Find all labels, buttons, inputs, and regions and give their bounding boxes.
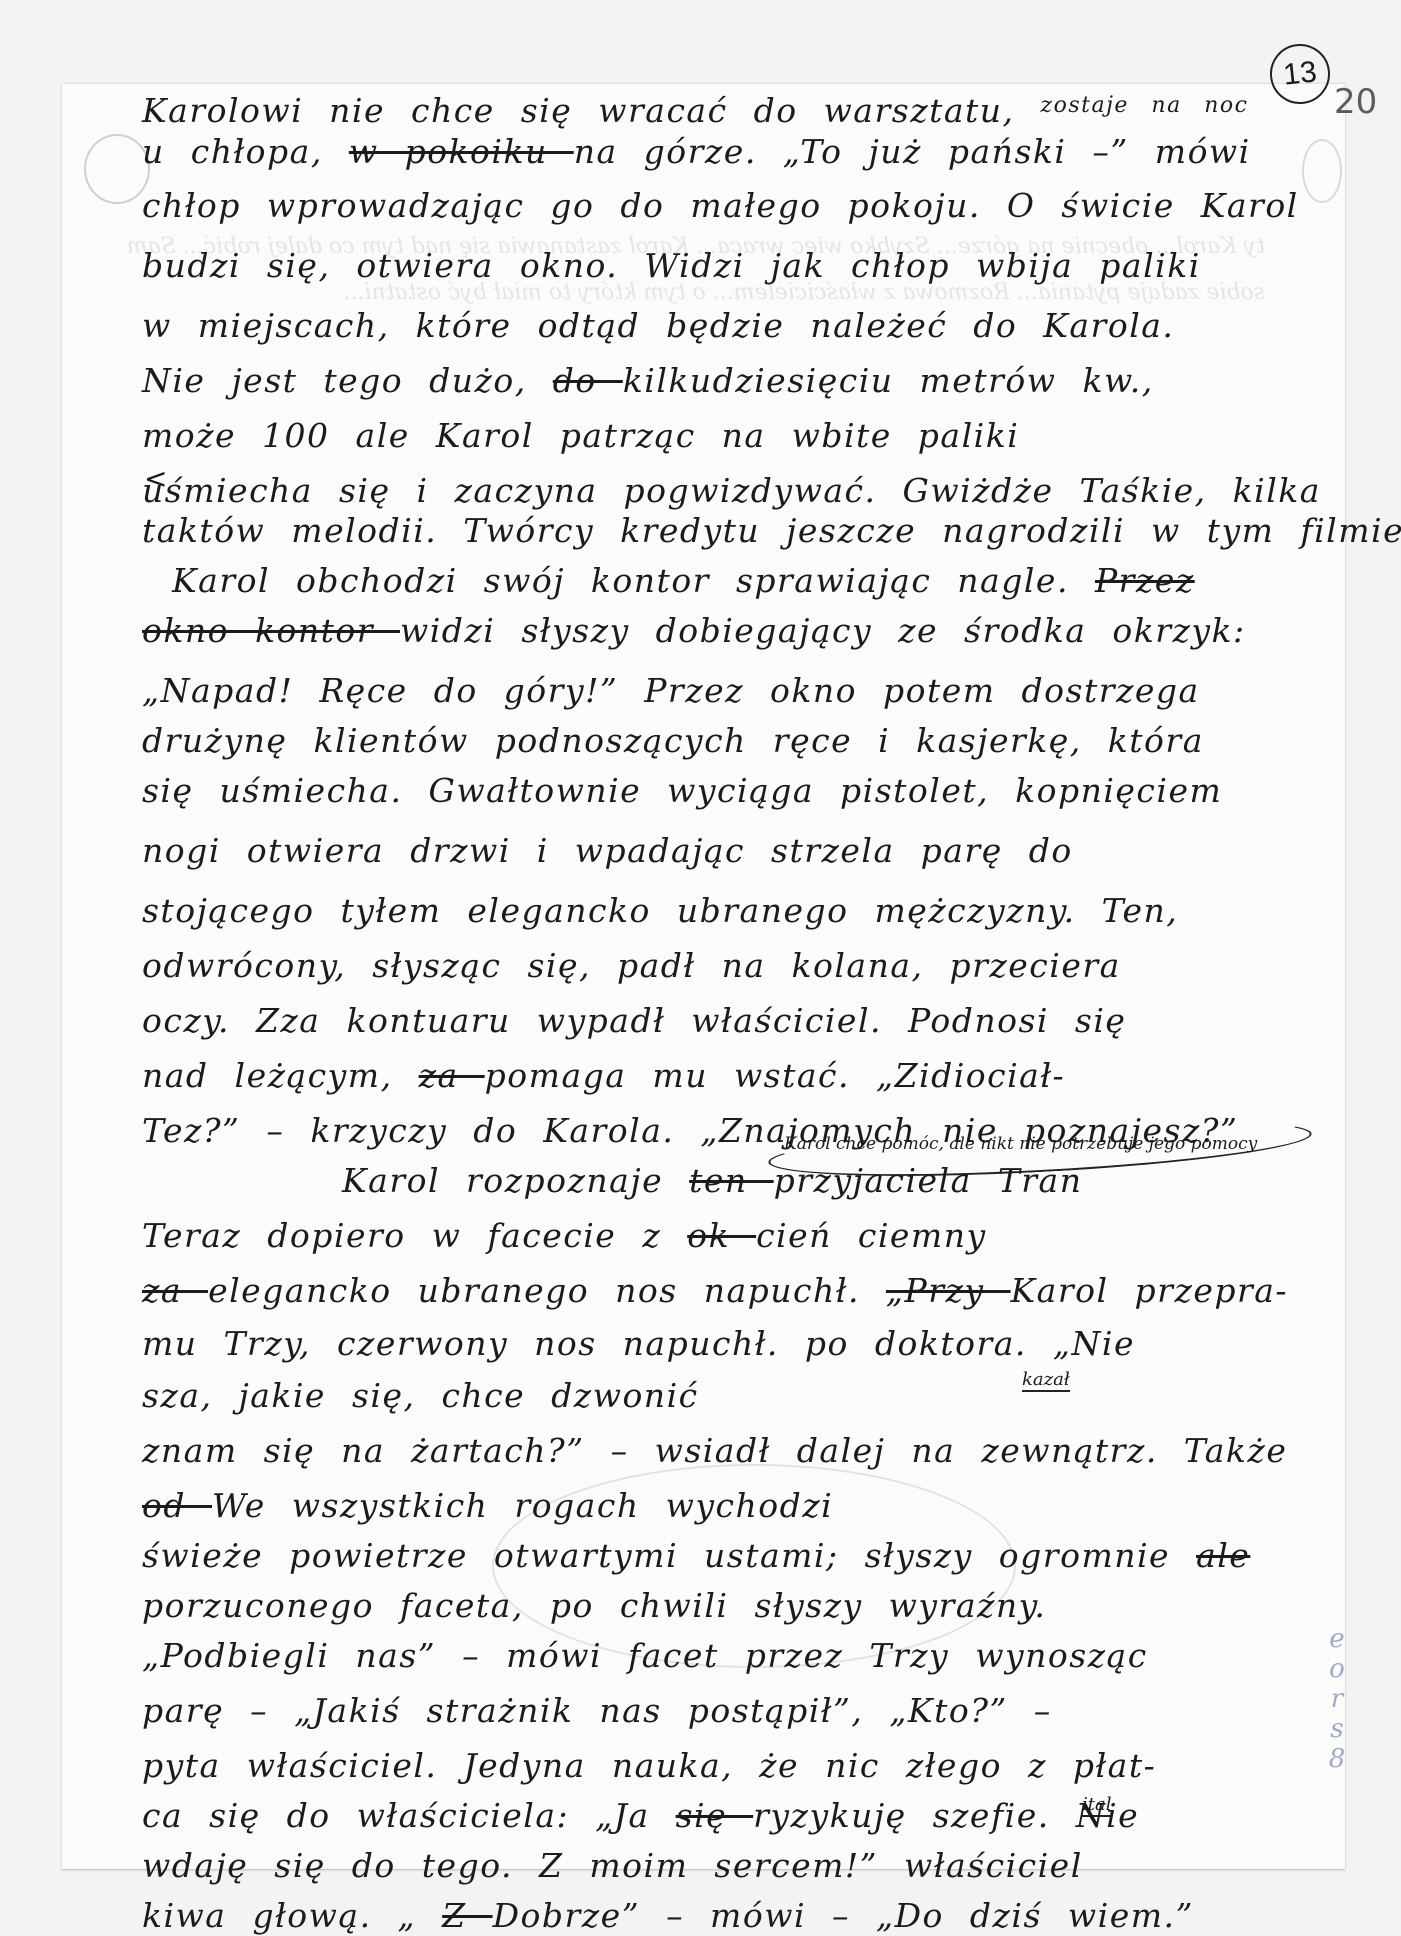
- manuscript-line: nad leżącym, za pomaga mu wstać. „Zidioc…: [142, 1056, 1065, 1096]
- manuscript-line: się uśmiecha. Gwałtownie wyciąga pistole…: [142, 771, 1222, 811]
- manuscript-line: u chłopa, w pokoiku na górze. „To już pa…: [142, 132, 1251, 172]
- struck-text: Z: [442, 1896, 492, 1920]
- handwritten-text: nad leżącym,: [142, 1056, 419, 1095]
- struck-text: się: [676, 1796, 754, 1835]
- struck-text: za: [419, 1056, 485, 1095]
- handwritten-text: przyjaciela Tran: [774, 1161, 1083, 1200]
- struck-text: za: [142, 1271, 208, 1310]
- struck-text: w pokoiku: [349, 132, 574, 171]
- ghost-circle-mark: [84, 134, 150, 204]
- handwritten-text: pomaga mu wstać. „Zidiociał-: [485, 1056, 1066, 1095]
- manuscript-line: oczy. Zza kontuaru wypadł właściciel. Po…: [142, 1001, 1126, 1041]
- manuscript-line: znam się na żartach?” – wsiadł dalej na …: [142, 1431, 1287, 1471]
- struck-text: ale: [1196, 1536, 1250, 1575]
- insert-above-line: kazał: [1022, 1369, 1070, 1392]
- handwritten-text: elegancko ubranego nos napuchł.: [208, 1271, 886, 1310]
- handwritten-text: mu Trzy, czerwony nos napuchł. po doktor…: [142, 1324, 1135, 1363]
- handwritten-text: uśmiecha się i zaczyna pogwizdywać. Gwiż…: [142, 471, 1321, 510]
- handwritten-text: w miejscach, które odtąd będzie należeć …: [142, 306, 1174, 345]
- manuscript-line: nogi otwiera drzwi i wpadając strzela pa…: [142, 831, 1073, 871]
- struck-text: ok: [687, 1216, 756, 1255]
- handwritten-text: oczy. Zza kontuaru wypadł właściciel. Po…: [142, 1001, 1126, 1040]
- handwritten-text: znam się na żartach?” – wsiadł dalej na …: [142, 1431, 1287, 1470]
- manuscript-line: porzuconego faceta, po chwili słyszy wyr…: [142, 1586, 1046, 1626]
- handwritten-text: chłop wprowadzając go do małego pokoju. …: [142, 186, 1299, 225]
- manuscript-line: od We wszystkich rogach wychodzi: [142, 1486, 833, 1526]
- handwritten-text: może 100 ale Karol patrząc na wbite pali…: [142, 416, 1019, 455]
- manuscript-line: wdaję się do tego. Z moim sercem!” właśc…: [142, 1846, 1083, 1886]
- handwritten-text: cień ciemny: [756, 1216, 987, 1255]
- manuscript-line: odwrócony, słysząc się, padł na kolana, …: [142, 946, 1121, 986]
- manuscript-line: ca się do właściciela: „Ja się ryzykuję …: [142, 1796, 1139, 1836]
- handwritten-text: wdaję się do tego. Z moim sercem!” właśc…: [142, 1846, 1083, 1885]
- handwritten-text: Dobrze” – mówi – „Do dziś wiem.”: [493, 1896, 1194, 1920]
- manuscript-line: może 100 ale Karol patrząc na wbite pali…: [142, 416, 1019, 456]
- interlinear-insert: zostaje na noc: [1041, 93, 1249, 118]
- handwritten-text: się uśmiecha. Gwałtownie wyciąga pistole…: [142, 771, 1222, 810]
- manuscript-line: uśmiecha się i zaczyna pogwizdywać. Gwiż…: [142, 471, 1321, 511]
- ghost-circle-mark-right: [1302, 139, 1342, 203]
- handwritten-text: Tez?” – krzyczy do Karola. „Znajomych ni…: [142, 1111, 1238, 1150]
- manuscript-line: drużynę klientów podnoszących ręce i kas…: [142, 721, 1204, 761]
- struck-text: od: [142, 1486, 212, 1525]
- handwritten-text: ca się do właściciela: „Ja: [142, 1796, 676, 1835]
- manuscript-line: taktów melodii. Twórcy kredytu jeszcze n…: [142, 511, 1401, 551]
- handwritten-text: odwrócony, słysząc się, padł na kolana, …: [142, 946, 1121, 985]
- handwritten-text: parę – „Jakiś strażnik nas postąpił”, „K…: [142, 1691, 1052, 1730]
- manuscript-line: parę – „Jakiś strażnik nas postąpił”, „K…: [142, 1691, 1052, 1731]
- handwritten-text: Karol obchodzi swój kontor sprawiając na…: [172, 561, 1095, 600]
- handwritten-text: sza, jakie się, chce dzwonić: [142, 1376, 699, 1415]
- page-number-circled: 13: [1267, 41, 1333, 107]
- struck-text: Przez: [1095, 561, 1195, 600]
- handwritten-text: ryzykuję szefie. Nie: [753, 1796, 1139, 1835]
- handwritten-text: drużynę klientów podnoszących ręce i kas…: [142, 721, 1204, 760]
- struck-text: do: [553, 361, 623, 400]
- handwritten-text: budzi się, otwiera okno. Widzi jak chłop…: [142, 246, 1201, 285]
- handwritten-text: Teraz dopiero w facecie z: [142, 1216, 687, 1255]
- manuscript-line: Tez?” – krzyczy do Karola. „Znajomych ni…: [142, 1111, 1238, 1151]
- handwritten-text: Nie jest tego dużo,: [142, 361, 553, 400]
- handwritten-text: We wszystkich rogach wychodzi: [212, 1486, 833, 1525]
- manuscript-line: za elegancko ubranego nos napuchł. „Przy…: [142, 1271, 1288, 1311]
- handwritten-text: kiwa głową. „: [142, 1896, 442, 1920]
- manuscript-sheet: ty Karol... obecnie na górze... Szybko w…: [62, 83, 1345, 1869]
- manuscript-line: w miejscach, które odtąd będzie należeć …: [142, 306, 1174, 346]
- struck-text: okno kontor: [142, 611, 400, 650]
- handwritten-text: taktów melodii. Twórcy kredytu jeszcze n…: [142, 511, 1401, 550]
- handwritten-text: świeże powietrze otwartymi ustami; słysz…: [142, 1536, 1196, 1575]
- handwritten-text: porzuconego faceta, po chwili słyszy wyr…: [142, 1586, 1046, 1625]
- manuscript-line: stojącego tyłem elegancko ubranego mężcz…: [142, 891, 1178, 931]
- handwritten-text: Karol rozpoznaje: [342, 1161, 689, 1200]
- handwritten-text: na górze. „To już pański –” mówi: [574, 132, 1251, 171]
- handwritten-text: pyta właściciel. Jedyna nauka, że nic zł…: [142, 1746, 1156, 1785]
- manuscript-line: pyta właściciel. Jedyna nauka, że nic zł…: [142, 1746, 1156, 1786]
- manuscript-line: świeże powietrze otwartymi ustami; słysz…: [142, 1536, 1250, 1576]
- struck-text: ten: [689, 1161, 774, 1200]
- manuscript-line: „Napad! Ręce do góry!” Przez okno potem …: [142, 671, 1200, 711]
- manuscript-line: Karolowi nie chce się wracać do warsztat…: [142, 86, 1248, 131]
- manuscript-line: chłop wprowadzając go do małego pokoju. …: [142, 186, 1299, 226]
- handwritten-text: kilkudziesięciu metrów kw.,: [623, 361, 1154, 400]
- handwritten-text: Karol przepra-: [1011, 1271, 1289, 1310]
- handwritten-text: u chłopa,: [142, 132, 349, 171]
- handwritten-text: „Napad! Ręce do góry!” Przez okno potem …: [142, 671, 1200, 710]
- manuscript-line: okno kontor widzi słyszy dobiegający ze …: [142, 611, 1246, 651]
- handwritten-text: nogi otwiera drzwi i wpadając strzela pa…: [142, 831, 1073, 870]
- handwritten-text: „Podbiegli nas” – mówi facet przez Trzy …: [142, 1636, 1148, 1675]
- manuscript-line: Nie jest tego dużo, do kilkudziesięciu m…: [142, 361, 1154, 401]
- manuscript-line: sza, jakie się, chce dzwonić: [142, 1376, 699, 1416]
- struck-text: „Przy: [886, 1271, 1011, 1310]
- manuscript-line: kiwa głową. „ Z Dobrze” – mówi – „Do dzi…: [142, 1896, 1194, 1920]
- manuscript-line: Teraz dopiero w facecie z ok cień ciemny: [142, 1216, 987, 1256]
- handwritten-text: stojącego tyłem elegancko ubranego mężcz…: [142, 891, 1178, 930]
- manuscript-line: budzi się, otwiera okno. Widzi jak chłop…: [142, 246, 1201, 286]
- handwritten-text: Karolowi nie chce się wracać do warsztat…: [142, 91, 1041, 130]
- handwritten-text: widzi słyszy dobiegający ze środka okrzy…: [400, 611, 1246, 650]
- manuscript-line: mu Trzy, czerwony nos napuchł. po doktor…: [142, 1324, 1135, 1364]
- page-number-pencil: 20: [1334, 82, 1377, 122]
- manuscript-line: Karol rozpoznaje ten przyjaciela Tran: [342, 1161, 1083, 1201]
- manuscript-line: Karol obchodzi swój kontor sprawiając na…: [172, 561, 1195, 601]
- blue-margin-annotation: e o r s 8: [1327, 1624, 1347, 1774]
- manuscript-line: „Podbiegli nas” – mówi facet przez Trzy …: [142, 1636, 1148, 1676]
